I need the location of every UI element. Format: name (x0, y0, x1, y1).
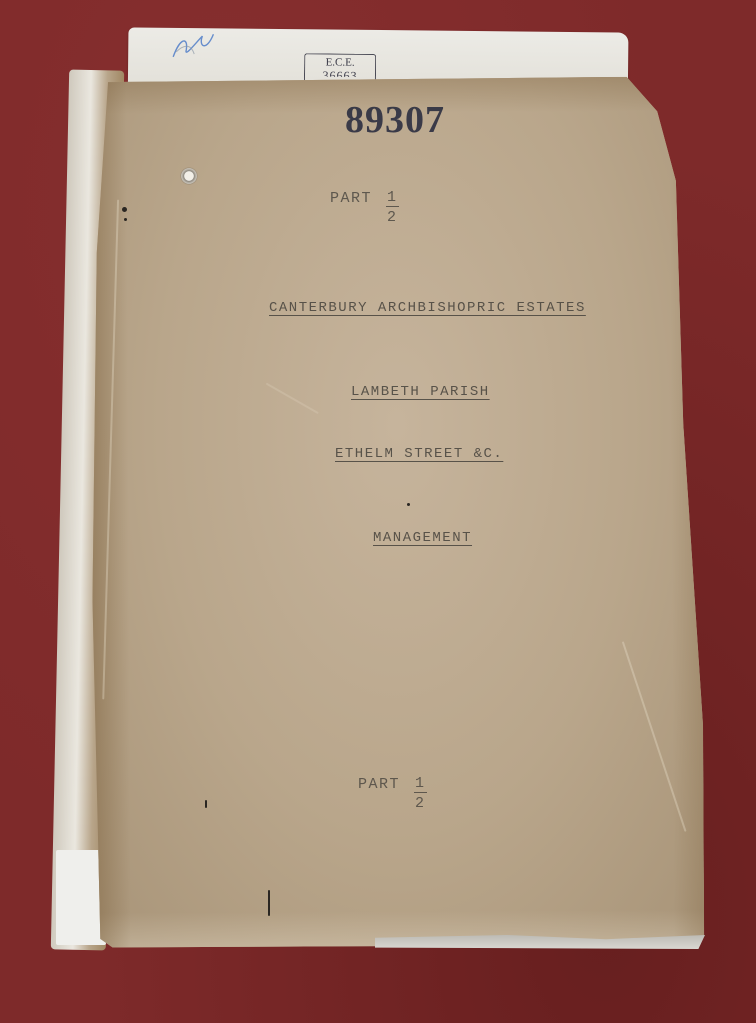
part-numerator: 1 (386, 190, 399, 207)
file-number: 89307 (0, 98, 756, 142)
metal-eyelet-icon (181, 168, 197, 184)
street-heading: ETHELM STREET &C. (335, 446, 503, 462)
ink-speck (407, 503, 410, 506)
part-denominator: 2 (387, 207, 398, 226)
ink-mark (268, 890, 270, 916)
part-fraction: 1 2 (386, 190, 399, 226)
part-fraction: 1 2 (414, 776, 427, 812)
part-numerator: 1 (414, 776, 427, 793)
part-indicator-bottom: PART 1 2 (358, 776, 427, 812)
part-indicator-top: PART 1 2 (330, 190, 399, 226)
stamp-line-1: E.C.E. (326, 56, 355, 68)
ink-speck (124, 218, 127, 221)
part-label: PART (330, 190, 372, 207)
parish-heading: LAMBETH PARISH (351, 384, 490, 400)
subject-heading: MANAGEMENT (373, 530, 472, 546)
ink-speck (122, 207, 127, 212)
estate-heading: CANTERBURY ARCHBISHOPRIC ESTATES (269, 300, 586, 316)
ink-mark (205, 800, 207, 808)
part-label: PART (358, 776, 400, 793)
blue-pen-scribble-icon (168, 32, 218, 63)
part-denominator: 2 (415, 793, 426, 812)
spine-paper-strip (56, 850, 106, 945)
